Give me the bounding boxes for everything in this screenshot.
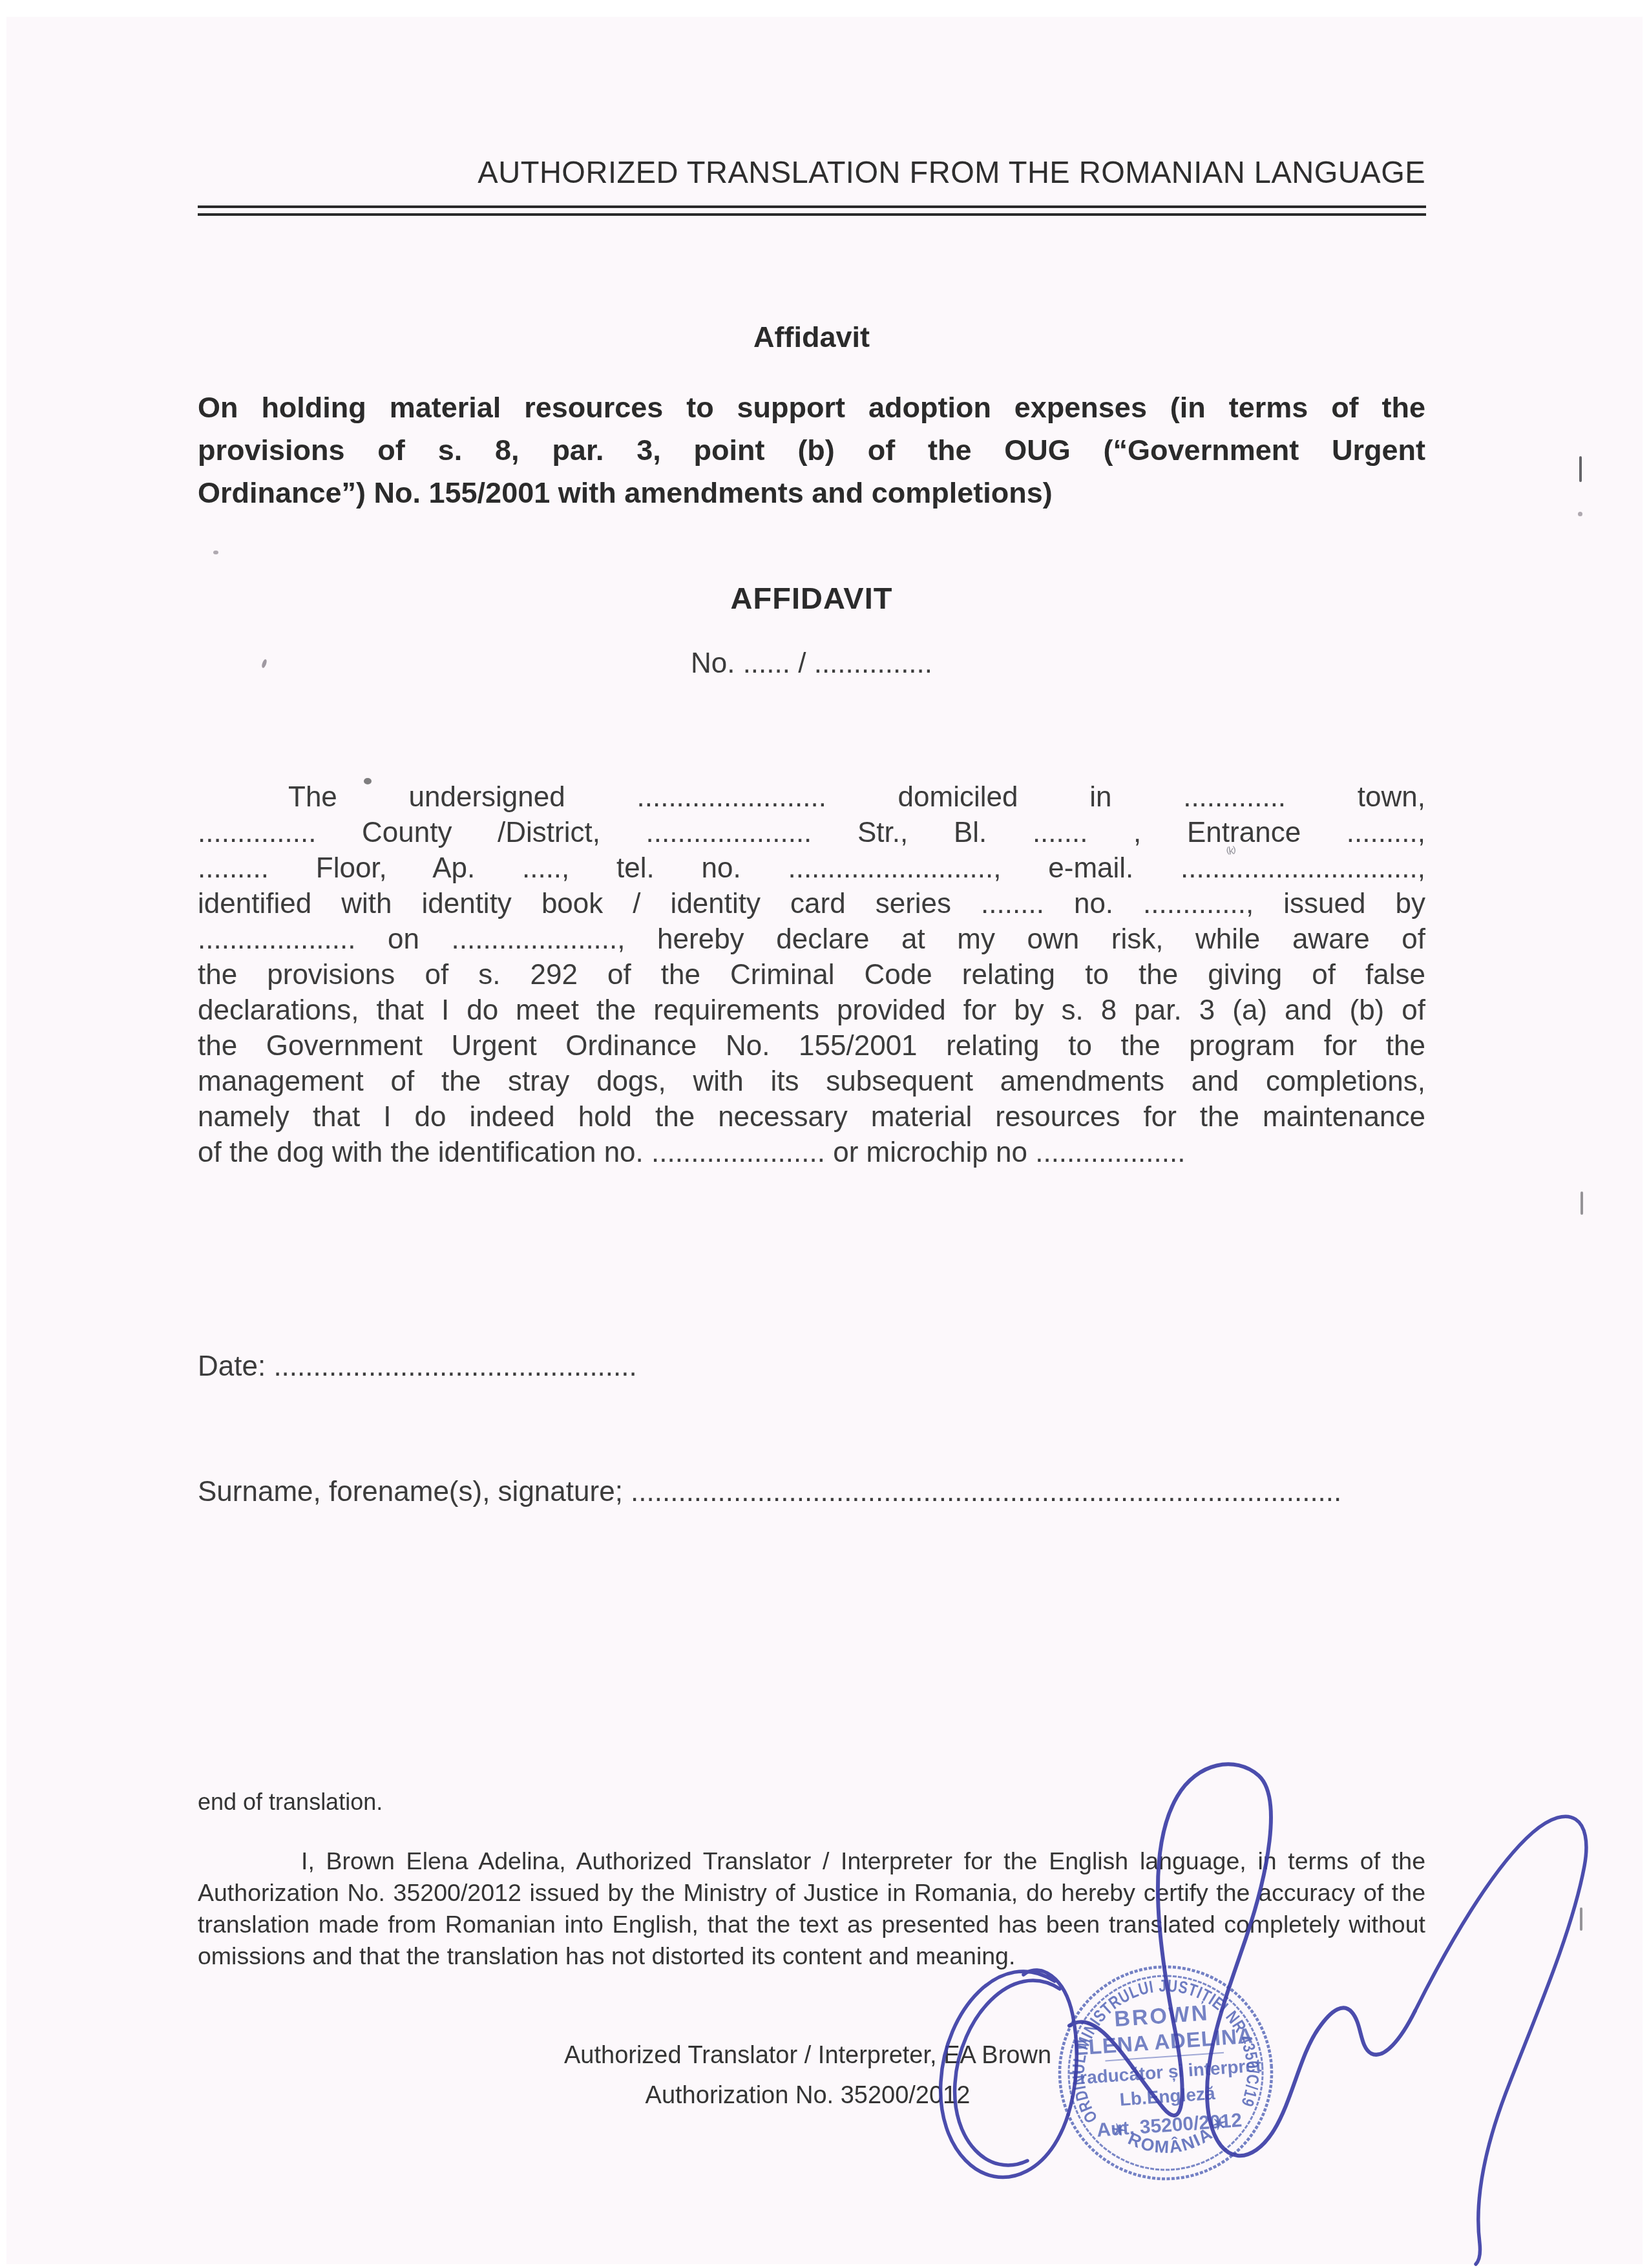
signature-tall-loop <box>1069 1764 1415 2156</box>
body-line: The undersigned ........................… <box>198 779 1425 815</box>
body-line: declarations, that I do meet the require… <box>198 992 1425 1028</box>
affidavit-main-heading: AFFIDAVIT <box>198 580 1425 616</box>
handwritten-signature <box>892 1738 1649 2268</box>
body-line: .................... on ................… <box>198 921 1425 957</box>
surname-signature-blank-line: Surname, forename(s), signature; .......… <box>198 1476 1464 1508</box>
affidavit-subtitle: Affidavit <box>198 320 1425 354</box>
scan-artifact-dash <box>1580 1907 1582 1931</box>
document-header-title: AUTHORIZED TRANSLATION FROM THE ROMANIAN… <box>222 155 1428 191</box>
affidavit-number-line: No. ...... / ............... <box>198 647 1425 680</box>
body-line: namely that I do indeed hold the necessa… <box>198 1099 1425 1135</box>
subject-line: provisions of s. 8, par. 3, point (b) of… <box>198 429 1425 472</box>
scan-artifact-dash <box>1581 1192 1583 1215</box>
scan-artifact-speck <box>1578 512 1582 516</box>
subject-line: On holding material resources to support… <box>198 386 1425 429</box>
body-line: ............... County /District, ......… <box>198 815 1425 850</box>
scan-edge-left <box>0 0 6 2268</box>
scan-edge-top <box>0 0 1649 17</box>
scanned-affidavit-page: { "doc": { "header": "AUTHORIZED TRANSLA… <box>0 0 1649 2268</box>
body-line: management of the stray dogs, with its s… <box>198 1064 1425 1099</box>
signature-left-double-loop <box>941 1970 1077 2177</box>
scan-artifact-speck <box>213 551 218 554</box>
date-blank-line: Date: ..................................… <box>198 1350 1425 1383</box>
body-line: identified with identity book / identity… <box>198 886 1425 921</box>
body-line: ......... Floor, Ap. ....., tel. no. ...… <box>198 850 1425 886</box>
body-line: the provisions of s. 292 of the Criminal… <box>198 957 1425 992</box>
scan-artifact-speck <box>364 778 372 784</box>
body-line: the Government Urgent Ordinance No. 155/… <box>198 1028 1425 1064</box>
body-paragraph: The undersigned ........................… <box>198 779 1425 1170</box>
signature-right-flourish <box>1415 1816 1586 2264</box>
header-double-rule <box>198 205 1426 216</box>
subject-line: Ordinance”) No. 155/2001 with amendments… <box>198 472 1425 514</box>
subject-paragraph: On holding material resources to support… <box>198 386 1425 514</box>
body-line: of the dog with the identification no. .… <box>198 1135 1425 1170</box>
scan-artifact-dash <box>1579 456 1582 482</box>
